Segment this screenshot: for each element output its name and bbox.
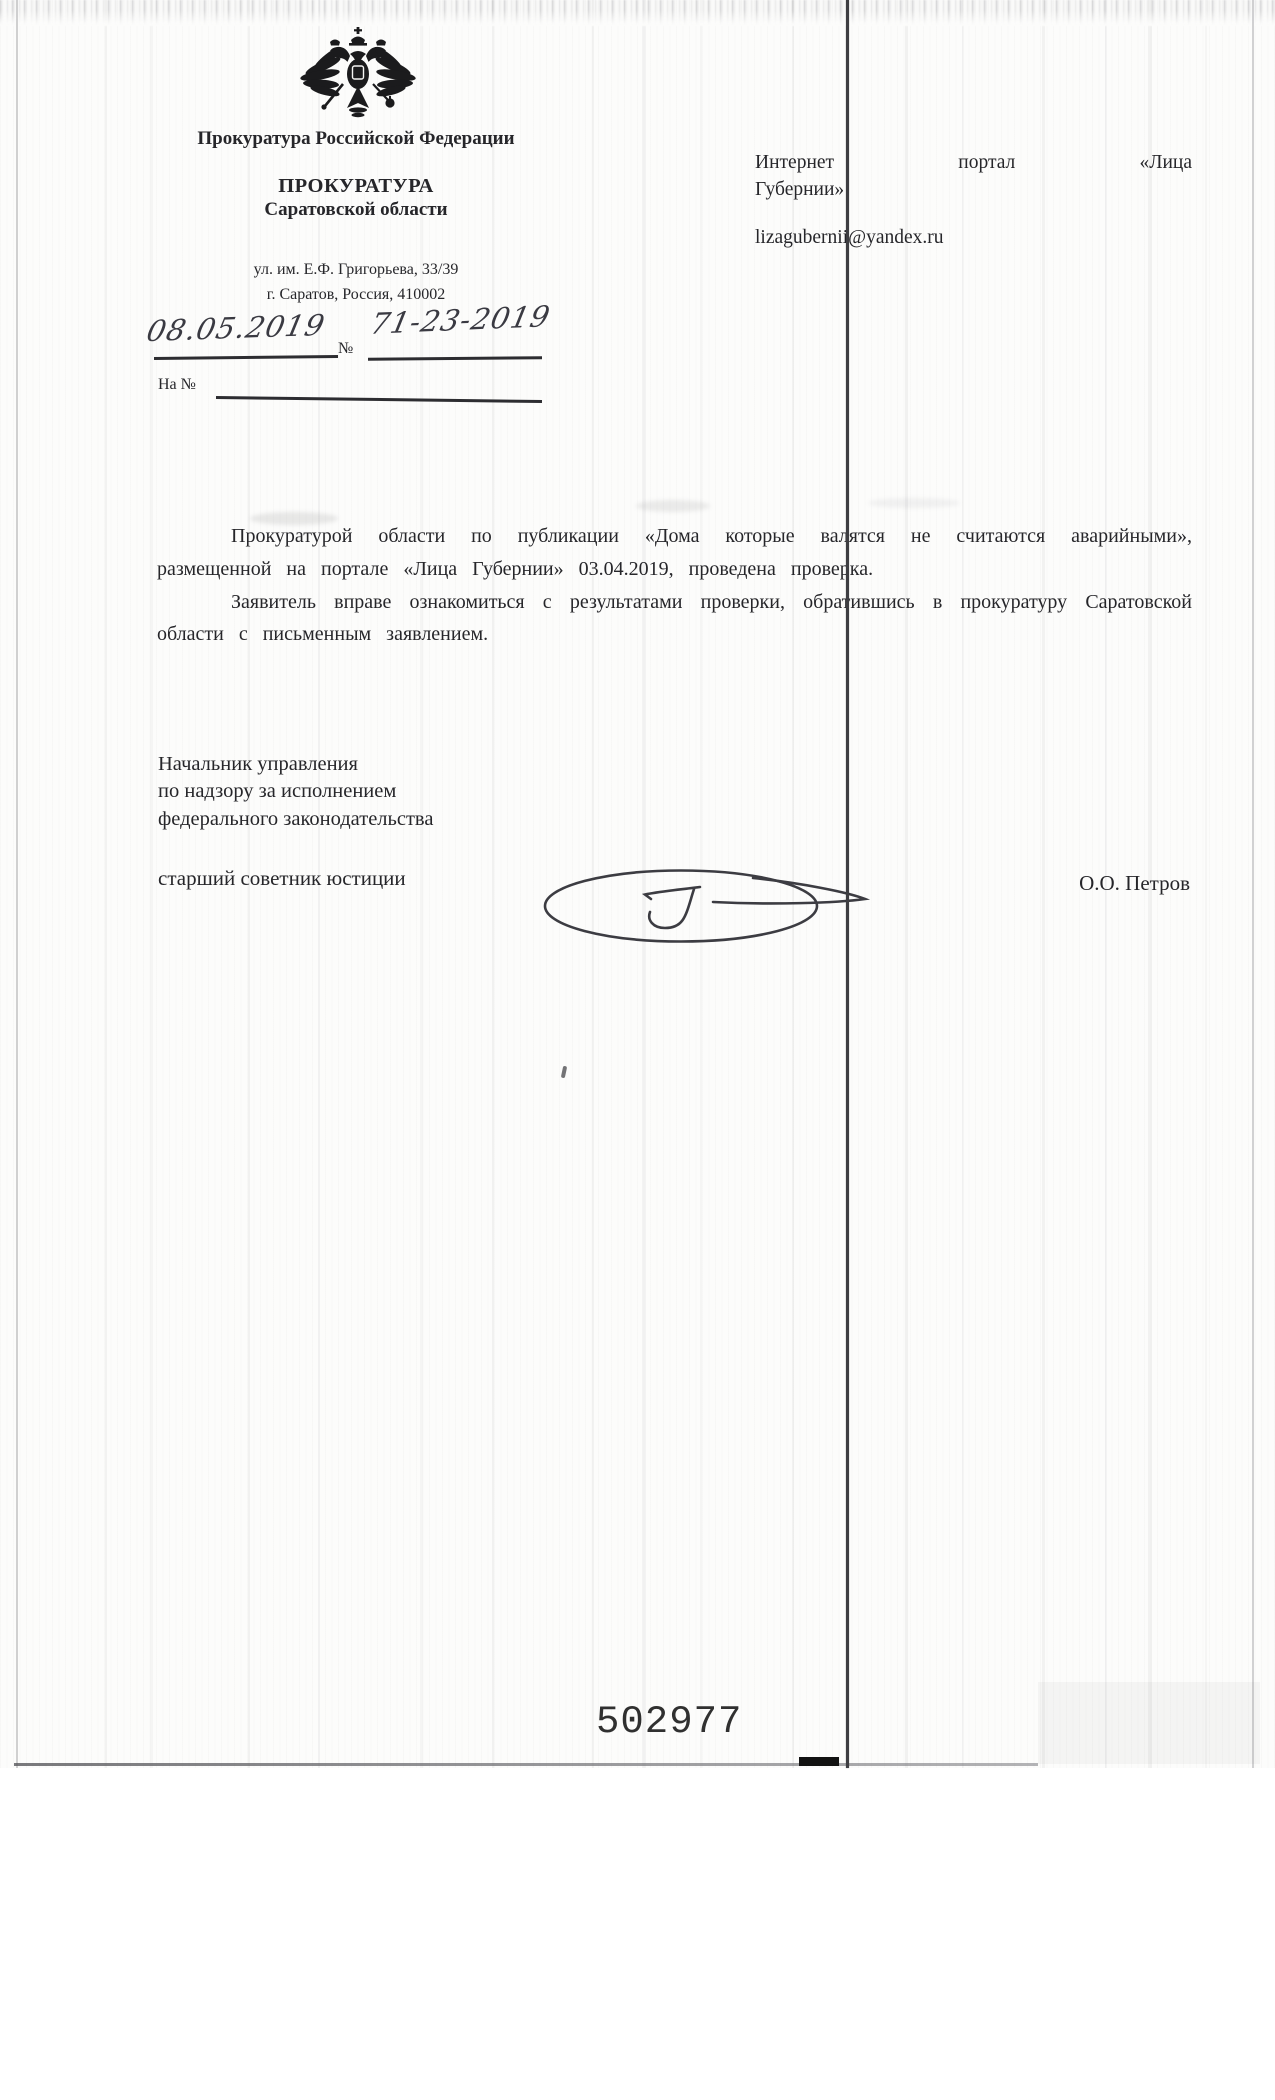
handwritten-signature bbox=[533, 858, 881, 954]
org-title: ПРОКУРАТУРА bbox=[118, 175, 594, 198]
signatory-name: О.О. Петров bbox=[1020, 871, 1190, 896]
scan-smudge bbox=[636, 500, 710, 512]
signatory-position: Начальник управления по надзору за испол… bbox=[158, 751, 678, 833]
scan-left-edge bbox=[16, 0, 18, 1768]
body-paragraph-2: Заявитель вправе ознакомиться с результа… bbox=[157, 586, 1192, 652]
scan-bottom-mark bbox=[799, 1757, 839, 1766]
scan-streak bbox=[905, 0, 908, 1768]
org-parent-name: Прокуратура Российской Федерации bbox=[118, 128, 594, 150]
scan-streak bbox=[1205, 0, 1207, 1768]
scan-streak bbox=[962, 0, 964, 1768]
scanned-letter-page: Прокуратура Российской Федерации ПРОКУРА… bbox=[0, 0, 1275, 2100]
handwritten-outgoing-date: 08.05.2019 bbox=[144, 308, 329, 348]
scan-streak bbox=[105, 0, 107, 1768]
body-paragraph-1: Прокуратурой области по публикации «Дома… bbox=[157, 520, 1192, 586]
org-address-street: ул. им. Е.Ф. Григорьева, 33/39 bbox=[118, 261, 594, 279]
scan-top-noise-band bbox=[0, 0, 1275, 26]
recipient-name-line1: Интернет портал «Лица bbox=[755, 150, 1192, 177]
scan-right-edge bbox=[1252, 0, 1254, 1768]
registration-stamp-number: 502977 bbox=[596, 1700, 742, 1744]
coat-of-arms-icon bbox=[294, 26, 422, 120]
scan-smudge bbox=[868, 498, 960, 508]
number-sign-label: № bbox=[338, 340, 353, 358]
signatory-rank: старший советник юстиции bbox=[158, 866, 406, 891]
recipient-block: Интернет портал «Лица Губернии» lizagube… bbox=[755, 150, 1192, 252]
recipient-email: lizagubernii@yandex.ru bbox=[755, 225, 1192, 252]
signatory-position-line2: по надзору за исполнением bbox=[158, 778, 678, 805]
signatory-position-line1: Начальник управления bbox=[158, 751, 678, 778]
scan-bottom-edge bbox=[14, 1763, 1038, 1766]
reply-to-label: На № bbox=[158, 376, 196, 394]
signatory-position-line3: федерального законодательства bbox=[158, 806, 678, 833]
letter-body: Прокуратурой области по публикации «Дома… bbox=[157, 520, 1192, 651]
recipient-name-line2: Губернии» bbox=[755, 177, 1192, 204]
page-fold-line bbox=[846, 0, 849, 1768]
org-region: Саратовской области bbox=[118, 199, 594, 221]
scan-corner-shade bbox=[1038, 1682, 1260, 1764]
